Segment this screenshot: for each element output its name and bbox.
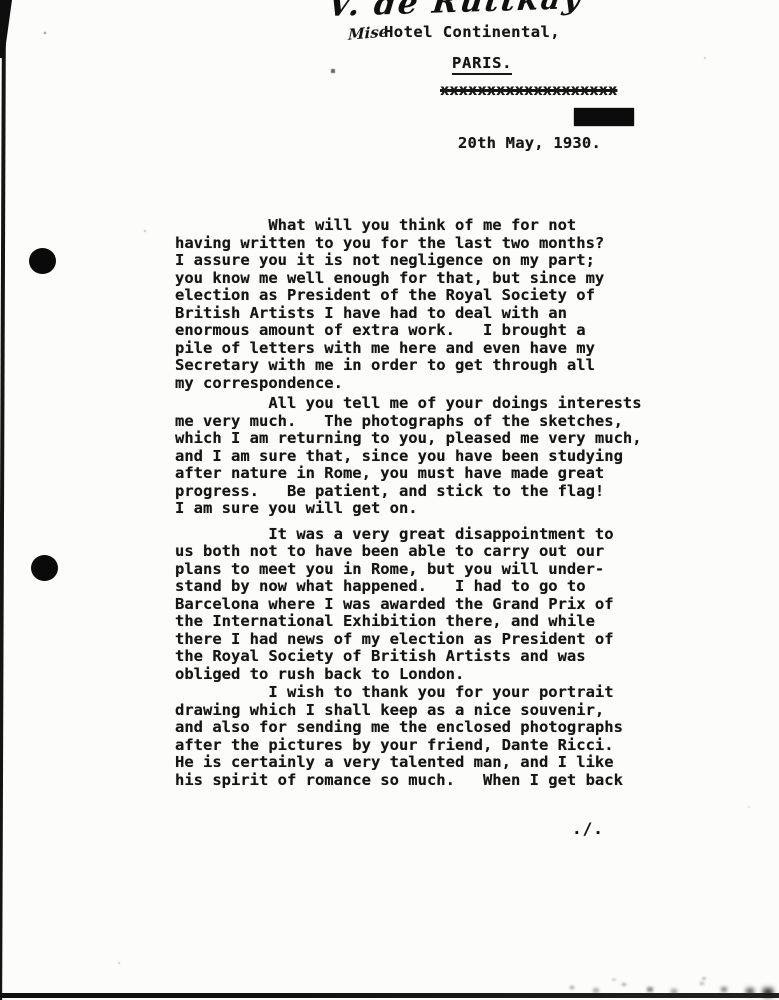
handwritten-name-annotation: V. de Ruttkay: [326, 0, 585, 24]
hole-punch-bottom: [31, 555, 58, 581]
struck-out-text-long: xxxxxxxxxxxxxxxxxxx: [440, 81, 617, 99]
paragraph-1: What will you think of me for not having…: [175, 217, 642, 392]
scan-edge-left-line: [0, 0, 6, 1000]
scan-edge-bottom-line: [0, 993, 779, 998]
letterhead-hotel: Hotel Continental,: [384, 23, 560, 41]
struck-out-text-short: XXXXXX: [574, 108, 634, 126]
paragraph-2: All you tell me of your doings interests…: [175, 395, 642, 518]
letterhead-city: PARIS.: [452, 54, 512, 75]
scan-bottom-smudge: [552, 974, 556, 977]
scan-speckles: [0, 0, 2, 2]
scan-corner-shadow: [0, 0, 12, 58]
paragraph-3: It was a very great disappointment to us…: [175, 526, 642, 684]
hole-punch-top: [29, 248, 56, 274]
letter-body: What will you think of me for not having…: [175, 217, 642, 789]
scanned-letter-page: V. de Ruttkay Mise Hotel Continental, PA…: [0, 0, 779, 1000]
page-continuation-mark: ./.: [572, 819, 604, 838]
paragraph-4: I wish to thank you for your portrait dr…: [175, 684, 642, 789]
handwritten-prefix-annotation: Mise: [348, 22, 388, 44]
letter-date: 20th May, 1930.: [458, 134, 601, 152]
